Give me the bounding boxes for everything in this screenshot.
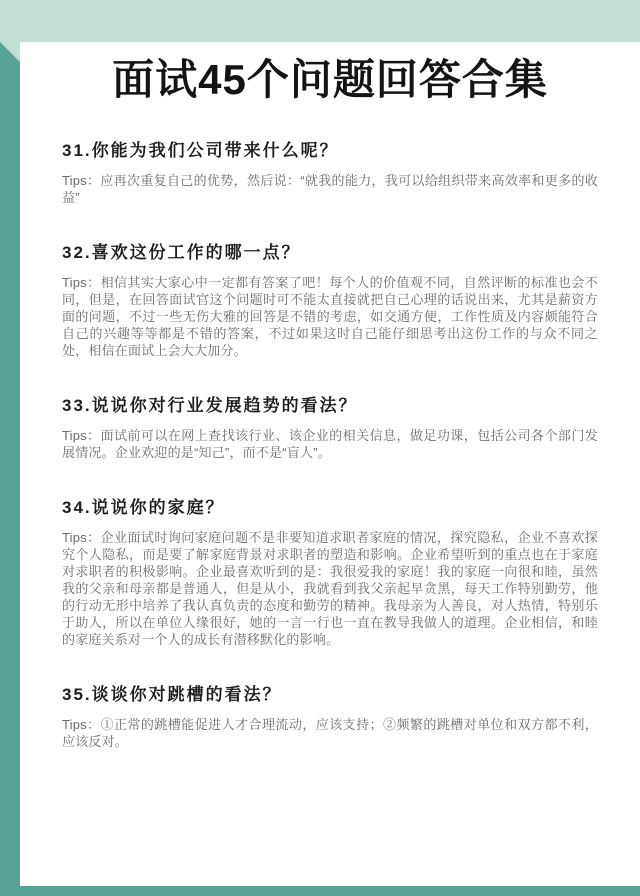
question-section-35: 35.谈谈你对跳槽的看法？ Tips：①正常的跳槽能促进人才合理流动，应该支持；… (62, 684, 598, 750)
question-section-32: 32.喜欢这份工作的哪一点？ Tips：相信其实大家心中一定都有答案了吧！每个人… (62, 242, 598, 359)
question-heading-33: 33.说说你对行业发展趋势的看法？ (62, 395, 598, 417)
question-tips-35: Tips：①正常的跳槽能促进人才合理流动，应该支持；②频繁的跳槽对单位和双方都不… (62, 716, 598, 750)
question-section-34: 34.说说你的家庭？ Tips：企业面试时询问家庭问题不是非要知道求职者家庭的情… (62, 497, 598, 648)
question-heading-35: 35.谈谈你对跳槽的看法？ (62, 684, 598, 706)
question-heading-32: 32.喜欢这份工作的哪一点？ (62, 242, 598, 264)
question-tips-34: Tips：企业面试时询问家庭问题不是非要知道求职者家庭的情况，探究隐私，企业不喜… (62, 529, 598, 648)
page-background: { "page": { "title": "面试45个问题回答合集" }, "c… (0, 0, 640, 896)
question-section-31: 31.你能为我们公司带来什么呢？ Tips：应再次重复自己的优势，然后说：“就我… (62, 140, 598, 206)
question-tips-33: Tips：面试前可以在网上查找该行业、该企业的相关信息，做足功课，包括公司各个部… (62, 427, 598, 461)
content-card: 面试45个问题回答合集 31.你能为我们公司带来什么呢？ Tips：应再次重复自… (20, 42, 640, 886)
question-section-33: 33.说说你对行业发展趋势的看法？ Tips：面试前可以在网上查找该行业、该企业… (62, 395, 598, 461)
question-heading-34: 34.说说你的家庭？ (62, 497, 598, 519)
question-tips-32: Tips：相信其实大家心中一定都有答案了吧！每个人的价值观不同，自然评断的标准也… (62, 274, 598, 359)
question-tips-31: Tips：应再次重复自己的优势，然后说：“就我的能力，我可以给组织带来高效率和更… (62, 172, 598, 206)
page-title: 面试45个问题回答合集 (62, 56, 598, 104)
question-heading-31: 31.你能为我们公司带来什么呢？ (62, 140, 598, 162)
